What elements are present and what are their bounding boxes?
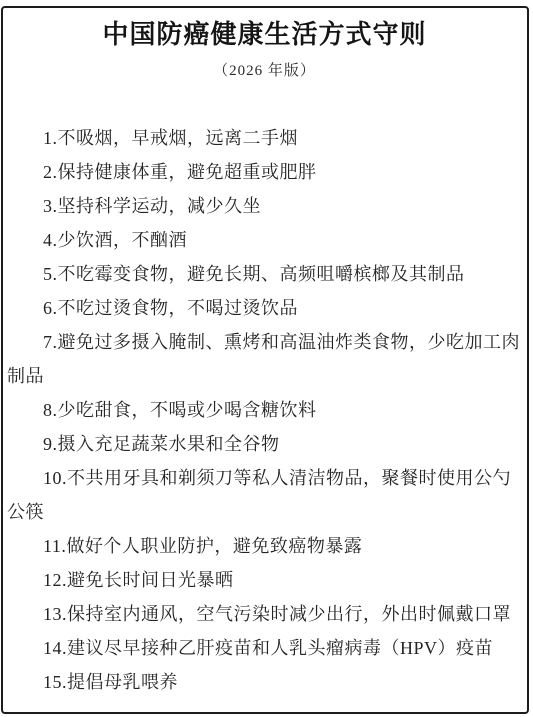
guideline-item-4: 4.少饮酒，不酗酒: [7, 223, 522, 257]
guideline-item-14: 14.建议尽早接种乙肝疫苗和人乳头瘤病毒（HPV）疫苗: [7, 631, 522, 665]
guideline-item-5: 5.不吃霉变食物，避免长期、高频咀嚼槟榔及其制品: [7, 257, 522, 291]
guideline-item-9: 9.摄入充足蔬菜水果和全谷物: [7, 427, 522, 461]
guideline-item-8: 8.少吃甜食，不喝或少喝含糖饮料: [7, 393, 522, 427]
document-page: 中国防癌健康生活方式守则 （2026 年版） 1.不吸烟，早戒烟，远离二手烟 2…: [1, 6, 529, 714]
guideline-item-6: 6.不吃过烫食物，不喝过烫饮品: [7, 291, 522, 325]
guideline-item-13: 13.保持室内通风，空气污染时减少出行，外出时佩戴口罩: [7, 597, 522, 631]
guideline-item-3: 3.坚持科学运动，减少久坐: [7, 189, 522, 223]
guideline-list: 1.不吸烟，早戒烟，远离二手烟 2.保持健康体重，避免超重或肥胖 3.坚持科学运…: [7, 121, 522, 699]
guideline-item-10: 10.不共用牙具和剃须刀等私人清洁物品，聚餐时使用公勺 公筷: [7, 461, 522, 529]
guideline-item-12: 12.避免长时间日光暴晒: [7, 563, 522, 597]
guideline-item-7: 7.避免过多摄入腌制、熏烤和高温油炸类食物，少吃加工肉 制品: [7, 325, 522, 393]
guideline-item-1: 1.不吸烟，早戒烟，远离二手烟: [7, 121, 522, 155]
document-edition: （2026 年版）: [7, 61, 522, 81]
guideline-item-15: 15.提倡母乳喂养: [7, 665, 522, 699]
document-title: 中国防癌健康生活方式守则: [7, 21, 522, 49]
guideline-item-2: 2.保持健康体重，避免超重或肥胖: [7, 155, 522, 189]
guideline-item-11: 11.做好个人职业防护，避免致癌物暴露: [7, 529, 522, 563]
